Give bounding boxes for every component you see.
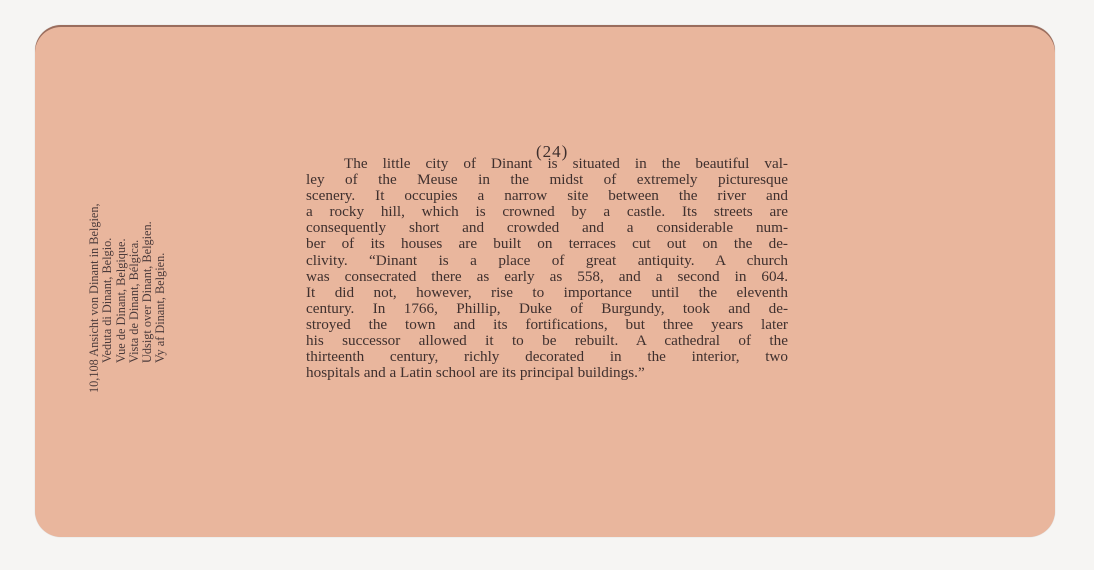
text-line: century. In 1766, Phillip, Duke of Burgu… [306, 301, 788, 317]
caption-line-french: Vue de Dinant, Belgique. [115, 143, 128, 393]
text-line: was consecrated there as early as 558, a… [306, 269, 788, 285]
text-line: consequently short and crowded and a con… [306, 220, 788, 236]
description-text: The little city of Dinant is situated in… [306, 156, 788, 381]
text-line: It did not, however, rise to importance … [306, 285, 788, 301]
text-line: thirteenth century, richly decorated in … [306, 349, 788, 365]
text-line: a rocky hill, which is crowned by a cast… [306, 204, 788, 220]
caption-line-danish: Udsigt over Dinant, Belgien. [141, 143, 154, 393]
text-line: clivity. “Dinant is a place of great ant… [306, 253, 788, 269]
caption-line-swedish: Vy af Dinant, Belgien. [154, 143, 167, 393]
text-line: scenery. It occupies a narrow site betwe… [306, 188, 788, 204]
text-line: ley of the Meuse in the midst of extreme… [306, 172, 788, 188]
text-line: ber of its houses are built on terraces … [306, 236, 788, 252]
text-line: hospitals and a Latin school are its pri… [306, 365, 788, 381]
caption-line-italian: Veduta di Dinant, Belgio. [101, 143, 114, 393]
caption-line-spanish: Vista de Dinant, Bélgica. [128, 143, 141, 393]
side-caption: 10,108 Ansicht von Dinant in Belgien, Ve… [88, 143, 168, 393]
text-line: his successor allowed it to be rebuilt. … [306, 333, 788, 349]
caption-line-german: 10,108 Ansicht von Dinant in Belgien, [88, 143, 101, 393]
text-line: stroyed the town and its fortifications,… [306, 317, 788, 333]
text-line: The little city of Dinant is situated in… [306, 156, 788, 172]
